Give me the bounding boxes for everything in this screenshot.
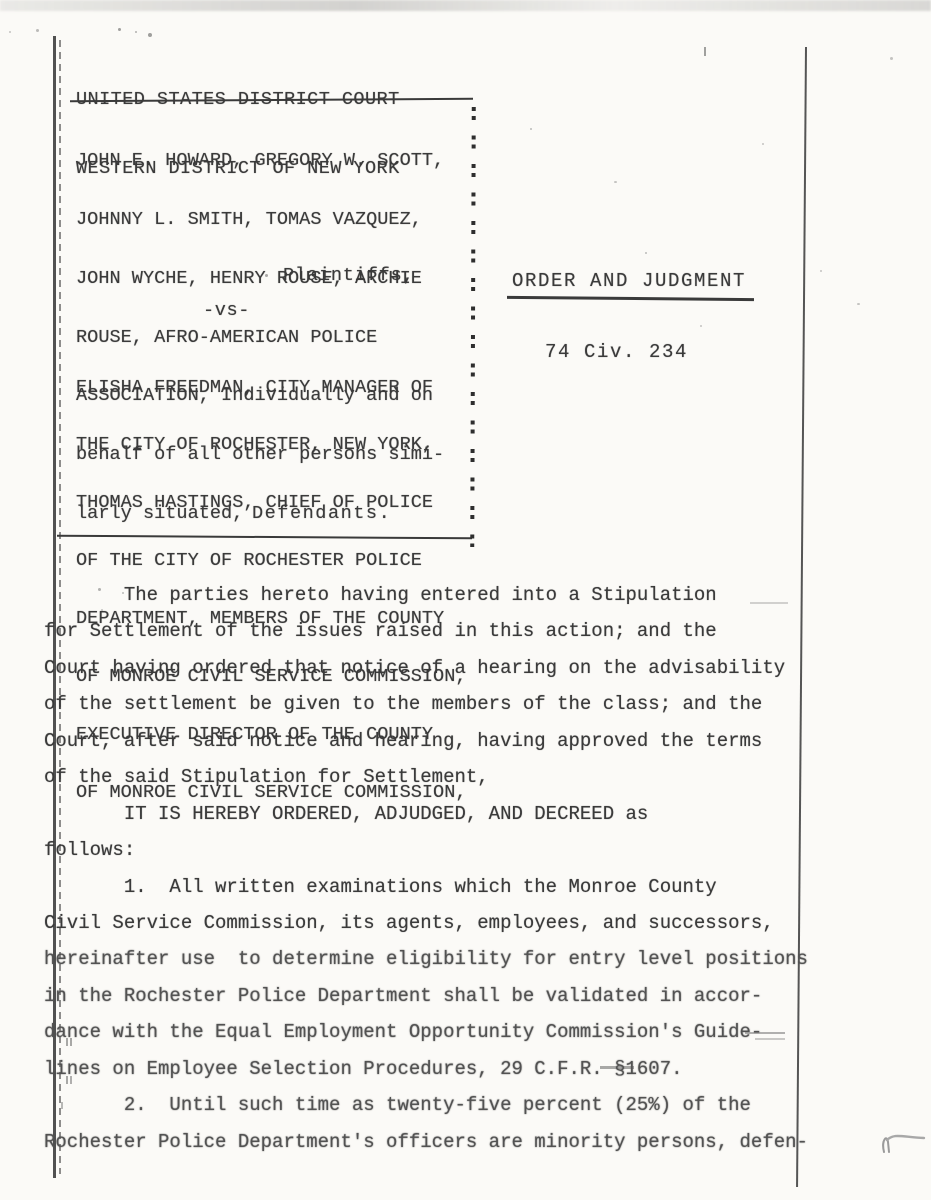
scan-margin-mark (61, 1102, 63, 1109)
scan-speckle (530, 128, 532, 130)
versus-label: -vs- (203, 300, 250, 321)
defendant-line: OF THE CITY OF ROCHESTER POLICE (76, 551, 467, 570)
body-line: for Settlement of the issues raised in t… (44, 613, 854, 649)
scan-speckle (614, 181, 617, 183)
scan-edge-artifact (0, 0, 931, 11)
scan-speckle (265, 274, 268, 277)
body-line: dance with the Equal Employment Opportun… (44, 1014, 854, 1050)
body-line: Rochester Police Department's officers a… (44, 1124, 854, 1160)
body-line: in the Rochester Police Department shall… (44, 978, 854, 1014)
scan-speckle (118, 28, 121, 31)
scan-margin-mark (70, 1076, 72, 1084)
scan-speckle (226, 508, 229, 511)
scan-speckle (101, 609, 103, 611)
document-title: ORDER AND JUDGMENT (512, 270, 746, 292)
body-line: 2. Until such time as twenty-five percen… (44, 1087, 854, 1123)
body-line: IT IS HEREBY ORDERED, ADJUDGED, AND DECR… (44, 796, 854, 832)
scan-dash-artifact (745, 1032, 785, 1034)
body-line: Court, after said notice and hearing, ha… (44, 723, 854, 759)
scan-speckle (148, 33, 152, 37)
order-body-text: The parties hereto having entered into a… (44, 577, 854, 1160)
scan-speckle (9, 31, 11, 33)
scan-margin-mark (66, 1038, 68, 1046)
scan-speckle (36, 29, 39, 32)
pen-mark (872, 1118, 930, 1158)
scan-speckle (98, 588, 101, 591)
body-line: of the said Stipulation for Settlement, (44, 759, 854, 795)
defendant-line: THE CITY OF ROCHESTER, NEW YORK, (76, 435, 467, 454)
scan-speckle (135, 31, 137, 33)
scan-speckle (645, 252, 647, 254)
defendants-label: Defendants. (252, 503, 391, 524)
scan-dash-artifact (755, 1038, 785, 1040)
scan-speckle (820, 270, 822, 272)
body-line: Civil Service Commission, its agents, em… (44, 905, 854, 941)
body-line: 1. All written examinations which the Mo… (44, 869, 854, 905)
plaintiffs-label: Plaintiffs, (283, 265, 415, 286)
scan-speckle (762, 143, 764, 145)
body-line: hereinafter use to determine eligibility… (44, 941, 854, 977)
document-title-underline (507, 296, 754, 301)
scan-speckle (890, 57, 893, 60)
scan-speckle (122, 592, 124, 594)
caption-separator-dotted-line (470, 107, 476, 547)
scan-speckle (857, 303, 860, 305)
body-line: The parties hereto having entered into a… (44, 577, 854, 613)
scan-dash-artifact (600, 1066, 634, 1069)
case-number: 74 Civ. 234 (545, 341, 688, 363)
plaintiff-line: JOHNNY L. SMITH, TOMAS VAZQUEZ, (76, 210, 444, 230)
scan-dash-artifact (750, 602, 788, 604)
scan-margin-mark (70, 1038, 72, 1046)
body-line: Court having ordered that notice of a he… (44, 650, 854, 686)
plaintiff-line: JOHN E. HOWARD, GREGORY W. SCOTT, (76, 151, 444, 171)
body-line: follows: (44, 832, 854, 868)
scan-margin-mark (66, 1076, 68, 1084)
scanned-document-page: UNITED STATES DISTRICT COURT WESTERN DIS… (0, 0, 931, 1200)
defendant-line: ELISHA FREEDMAN, CITY MANAGER OF (76, 378, 467, 397)
scan-speckle (700, 325, 702, 327)
body-line: of the settlement be given to the member… (44, 686, 854, 722)
scan-stray-tick (704, 47, 706, 56)
body-line: lines on Employee Selection Procedures, … (44, 1051, 854, 1087)
